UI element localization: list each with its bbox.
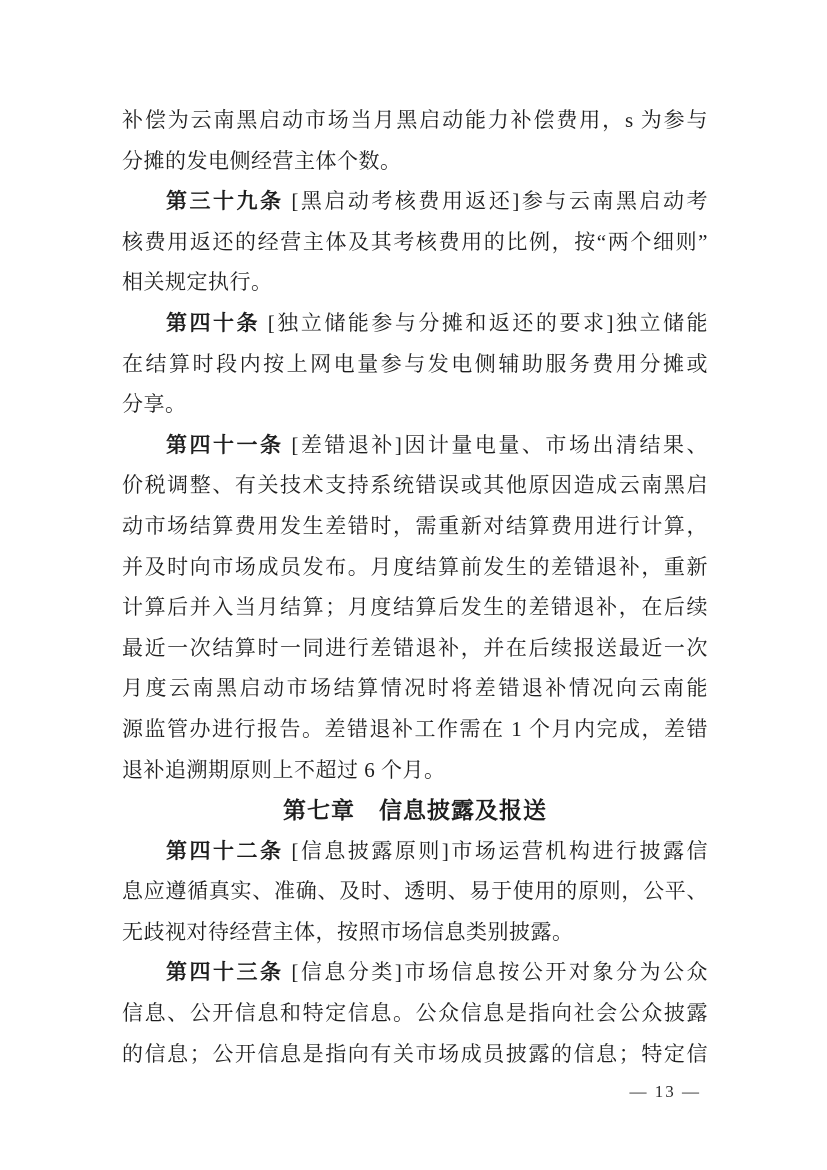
- article-40-lead-line: 第四十条 [独立储能参与分摊和返还的要求]独立储能: [122, 303, 708, 344]
- body-line: 并及时向市场成员发布。月度结算前发生的差错退补，重新: [122, 547, 708, 588]
- article-text: [差错退补]因计量电量、市场出清结果、: [284, 433, 708, 457]
- article-text: [独立储能参与分摊和返还的要求]独立储能: [260, 311, 708, 335]
- body-line: 核费用返还的经营主体及其考核费用的比例，按“两个细则”: [122, 222, 708, 263]
- body-line: 分享。: [122, 384, 708, 425]
- body-line: 在结算时段内按上网电量参与发电侧辅助服务费用分摊或: [122, 344, 708, 385]
- body-line: 动市场结算费用发生差错时，需重新对结算费用进行计算，: [122, 506, 708, 547]
- body-line: 信息、公开信息和特定信息。公众信息是指向社会公众披露: [122, 993, 708, 1034]
- article-text: [信息分类]市场信息按公开对象分为公众: [284, 960, 708, 984]
- body-line: 最近一次结算时一同进行差错退补，并在后续报送最近一次: [122, 628, 708, 669]
- body-line: 相关规定执行。: [122, 262, 708, 303]
- document-text-block: 补偿为云南黑启动市场当月黑启动能力补偿费用，s 为参与 分摊的发电侧经营主体个数…: [122, 100, 708, 1074]
- body-line: 的信息；公开信息是指向有关市场成员披露的信息；特定信: [122, 1034, 708, 1075]
- page-number: — 13 —: [630, 1082, 702, 1102]
- article-42-lead-line: 第四十二条 [信息披露原则]市场运营机构进行披露信: [122, 831, 708, 872]
- article-39-lead-line: 第三十九条 [黑启动考核费用返还]参与云南黑启动考: [122, 181, 708, 222]
- body-line: 无歧视对待经营主体，按照市场信息类别披露。: [122, 912, 708, 953]
- article-43-lead-line: 第四十三条 [信息分类]市场信息按公开对象分为公众: [122, 952, 708, 993]
- article-number: 第三十九条: [166, 190, 284, 213]
- body-line: 计算后并入当月结算；月度结算后发生的差错退补，在后续: [122, 587, 708, 628]
- body-line: 退补追溯期原则上不超过 6 个月。: [122, 750, 708, 791]
- body-line: 源监管办进行报告。差错退补工作需在 1 个月内完成，差错: [122, 709, 708, 750]
- body-line: 月度云南黑启动市场结算情况时将差错退补情况向云南能: [122, 668, 708, 709]
- body-line: 补偿为云南黑启动市场当月黑启动能力补偿费用，s 为参与: [122, 100, 708, 141]
- article-text: [信息披露原则]市场运营机构进行披露信: [284, 839, 708, 863]
- body-line: 息应遵循真实、准确、及时、透明、易于使用的原则，公平、: [122, 871, 708, 912]
- body-line: 分摊的发电侧经营主体个数。: [122, 141, 708, 182]
- chapter-heading: 第七章 信息披露及报送: [122, 790, 708, 831]
- body-line: 价税调整、有关技术支持系统错误或其他原因造成云南黑启: [122, 465, 708, 506]
- article-number: 第四十二条: [166, 840, 284, 863]
- article-number: 第四十条: [166, 312, 260, 335]
- article-text: [黑启动考核费用返还]参与云南黑启动考: [284, 189, 708, 213]
- article-41-lead-line: 第四十一条 [差错退补]因计量电量、市场出清结果、: [122, 425, 708, 466]
- document-page: 补偿为云南黑启动市场当月黑启动能力补偿费用，s 为参与 分摊的发电侧经营主体个数…: [0, 0, 827, 1170]
- article-number: 第四十一条: [166, 434, 284, 457]
- article-number: 第四十三条: [166, 961, 284, 984]
